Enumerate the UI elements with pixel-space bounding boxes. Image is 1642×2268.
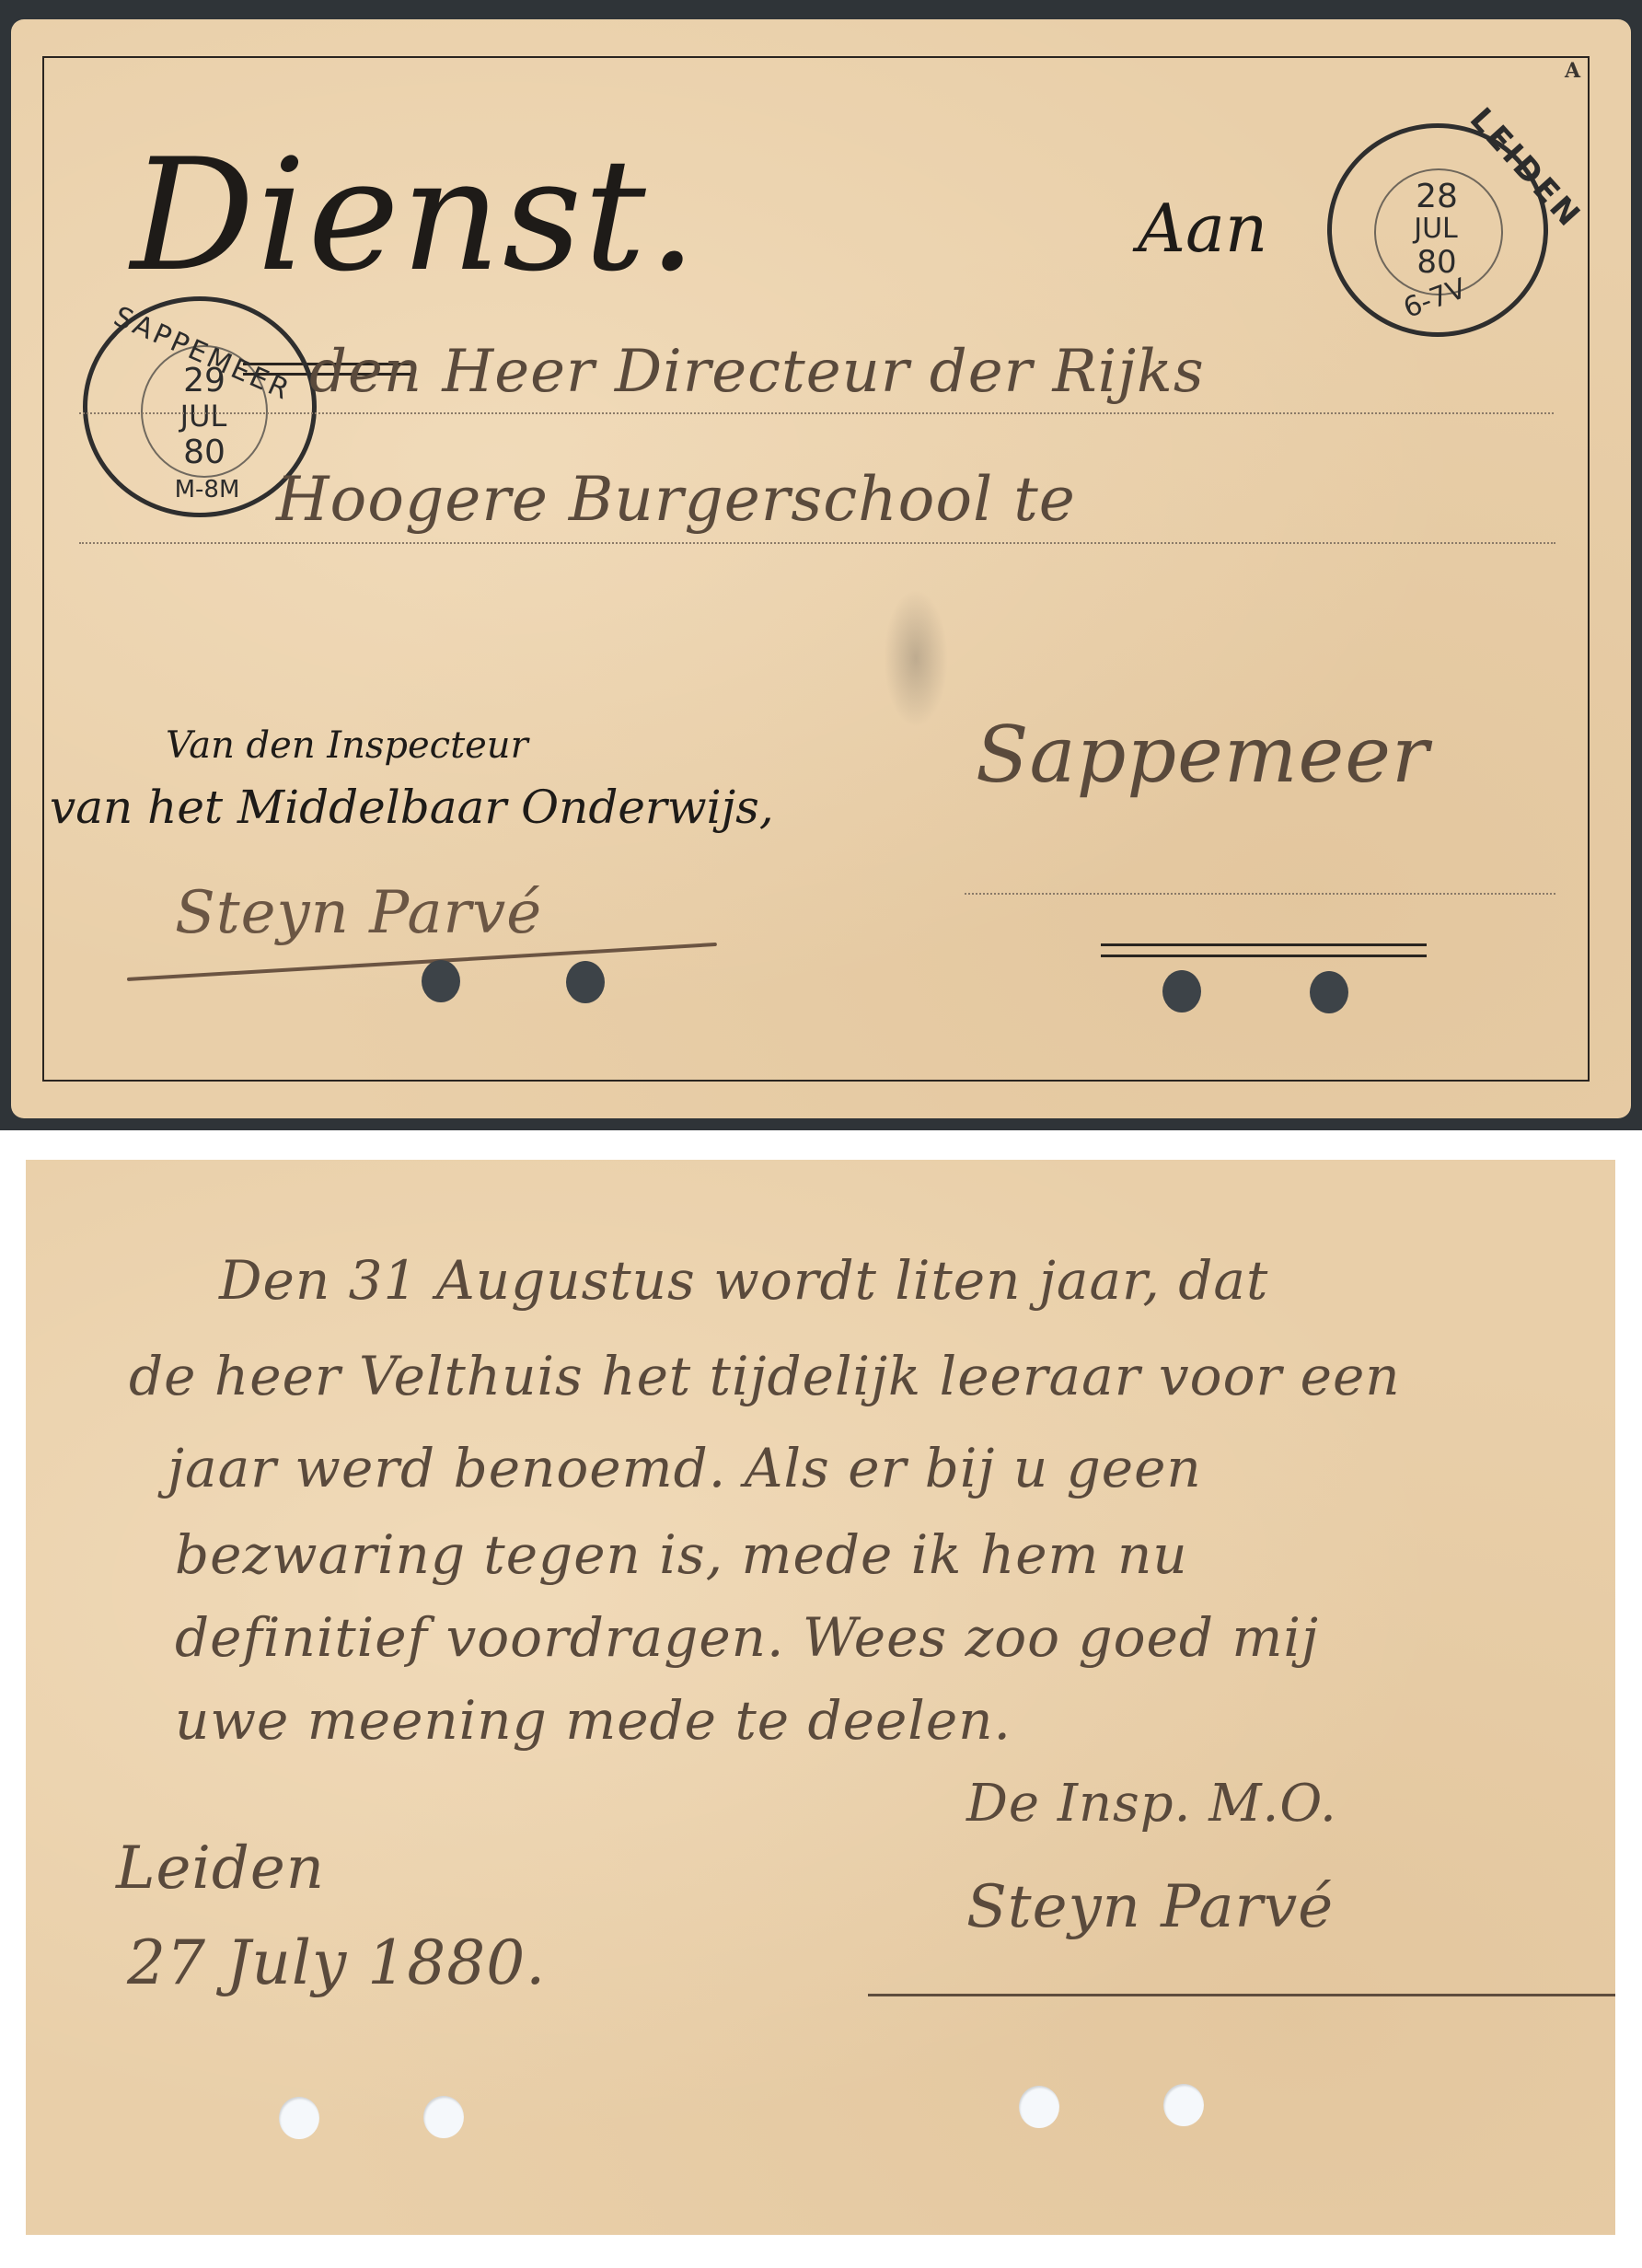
letter-signature: Steyn Parvé — [966, 1878, 1334, 1937]
address-dotted-line-1 — [79, 412, 1554, 414]
sender-signature: Steyn Parvé — [175, 884, 542, 943]
address-line-2: Hoogere Burgerschool te — [276, 469, 1076, 530]
corner-mark: A — [1565, 59, 1580, 83]
sender-line-1: Van den Inspecteur — [166, 727, 528, 764]
postmark-month: JUL — [1404, 213, 1468, 245]
city-underline-top — [1101, 943, 1427, 946]
city-underline-bottom — [1101, 955, 1427, 957]
postcard-title: Dienst. — [131, 138, 699, 293]
punch-hole — [1163, 2084, 1204, 2126]
aan-label: Aan — [1138, 195, 1267, 261]
message-line-1: Den 31 Augustus wordt liten jaar, dat — [219, 1254, 1268, 1307]
message-line-6: uwe meening mede te deelen. — [175, 1694, 1012, 1747]
address-dotted-line-3 — [965, 893, 1555, 895]
postmark-time: M-8M — [152, 476, 262, 503]
closing-title: De Insp. M.O. — [966, 1778, 1337, 1830]
sender-line-2: van het Middelbaar Onderwijs, — [50, 784, 774, 830]
postmark-year: 80 — [172, 434, 237, 471]
address-line-1: den Heer Directeur der Rijks — [309, 342, 1205, 401]
message-line-3: jaar werd benoemd. Als er bij u geen — [168, 1441, 1202, 1495]
punch-hole — [1310, 971, 1348, 1013]
signature-underline — [868, 1994, 1615, 1996]
postmark-day: 28 — [1409, 178, 1464, 215]
address-city: Sappemeer — [976, 716, 1429, 793]
leiden-postmark: LEIDEN 28 JUL 80 6-7V — [1327, 123, 1548, 337]
message-line-4: bezwaring tegen is, mede ik hem nu — [175, 1528, 1188, 1581]
punch-hole — [1162, 970, 1201, 1012]
punch-hole — [422, 960, 460, 1002]
punch-hole — [279, 2097, 319, 2139]
punch-hole — [566, 961, 605, 1003]
punch-hole — [423, 2096, 464, 2138]
postmark-day: 29 — [172, 362, 237, 399]
message-line-2: de heer Velthuis het tijdelijk leeraar v… — [129, 1349, 1401, 1403]
faint-stamp-trace — [884, 589, 948, 727]
letter-place: Leiden — [116, 1839, 325, 1898]
postmark-month: JUL — [167, 399, 240, 434]
punch-hole — [1019, 2086, 1059, 2128]
letter-date: 27 July 1880. — [127, 1933, 546, 1994]
address-dotted-line-2 — [79, 542, 1555, 544]
message-line-5: definitief voordragen. Wees zoo goed mij — [175, 1611, 1319, 1664]
